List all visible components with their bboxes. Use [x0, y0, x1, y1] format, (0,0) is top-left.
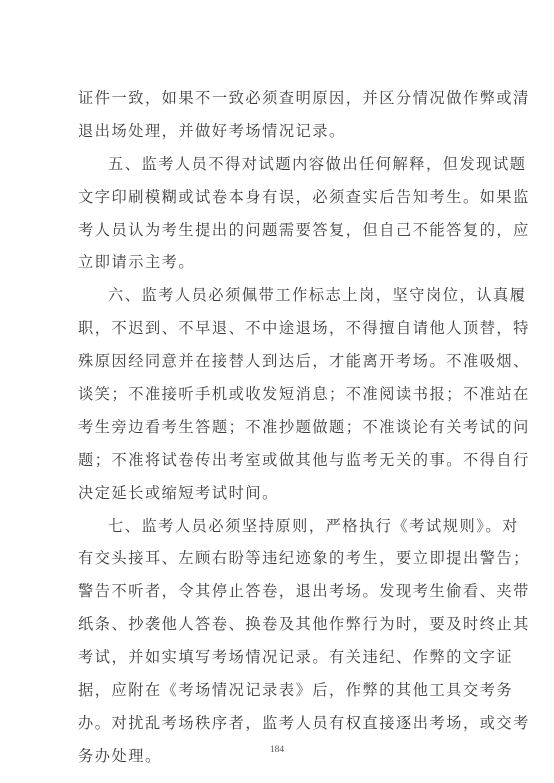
text-line: 退出场处理，并做好考场情况记录。 [78, 115, 484, 148]
text-line: 考试，并如实填写考场情况记录。有关违纪、作弊的文字证 [78, 641, 484, 674]
paragraph-item-7: 七、监考人员必须坚持原则，严格执行《考试规则》。对 有交头接耳、左顾右盼等违纪迹… [78, 510, 484, 773]
body-text: 证件一致，如果不一致必须查明原因，并区分情况做作弊或清 退出场处理，并做好考场情… [78, 82, 484, 773]
text-line: 文字印刷模糊或试卷本身有误，必须查实后告知考生。如果监 [78, 181, 484, 214]
text-line: 五、监考人员不得对试题内容做出任何解释，但发现试题 [78, 148, 484, 181]
text-line: 职，不迟到、不早退、不中途退场，不得擅自请他人顶替，特 [78, 312, 484, 345]
text-line: 决定延长或缩短考试时间。 [78, 477, 484, 510]
text-line: 题；不准将试卷传出考室或做其他与监考无关的事。不得自行 [78, 444, 484, 477]
document-page: 证件一致，如果不一致必须查明原因，并区分情况做作弊或清 退出场处理，并做好考场情… [0, 0, 554, 783]
text-line: 考人员认为考生提出的问题需要答复，但自己不能答复的，应 [78, 214, 484, 247]
paragraph-item-5: 五、监考人员不得对试题内容做出任何解释，但发现试题 文字印刷模糊或试卷本身有误，… [78, 148, 484, 280]
text-line: 有交头接耳、左顾右盼等违纪迹象的考生，要立即提出警告； [78, 542, 484, 575]
text-line: 证件一致，如果不一致必须查明原因，并区分情况做作弊或清 [78, 82, 484, 115]
paragraph-continuation: 证件一致，如果不一致必须查明原因，并区分情况做作弊或清 退出场处理，并做好考场情… [78, 82, 484, 148]
text-line: 殊原因经同意并在接替人到达后，才能离开考场。不准吸烟、 [78, 345, 484, 378]
text-line: 办。对扰乱考场秩序者，监考人员有权直接逐出考场，或交考 [78, 707, 484, 740]
text-line: 谈笑；不准接听手机或收发短消息；不准阅读书报；不准站在 [78, 378, 484, 411]
text-line: 警告不听者，令其停止答卷，退出考场。发现考生偷看、夹带 [78, 575, 484, 608]
text-line: 考生旁边看考生答题；不准抄题做题；不准谈论有关考试的问 [78, 411, 484, 444]
text-line: 六、监考人员必须佩带工作标志上岗，坚守岗位，认真履 [78, 279, 484, 312]
paragraph-item-6: 六、监考人员必须佩带工作标志上岗，坚守岗位，认真履 职，不迟到、不早退、不中途退… [78, 279, 484, 509]
text-line: 七、监考人员必须坚持原则，严格执行《考试规则》。对 [78, 510, 484, 543]
text-line: 据，应附在《考场情况记录表》后，作弊的其他工具交考务 [78, 674, 484, 707]
page-number: 184 [0, 745, 554, 755]
text-line: 纸条、抄袭他人答卷、换卷及其他作弊行为时，要及时终止其 [78, 608, 484, 641]
text-line: 立即请示主考。 [78, 246, 484, 279]
